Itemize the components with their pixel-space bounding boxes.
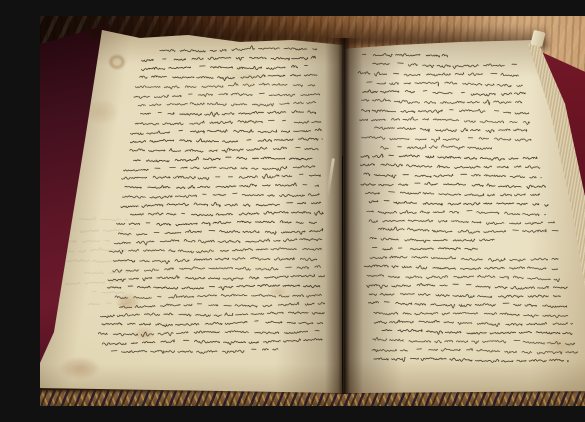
photo-viewport <box>40 16 585 406</box>
handwriting-layer <box>40 16 585 406</box>
handwriting-left-page <box>63 46 325 354</box>
handwriting-right-page <box>358 54 578 363</box>
book-gutter <box>325 38 363 394</box>
